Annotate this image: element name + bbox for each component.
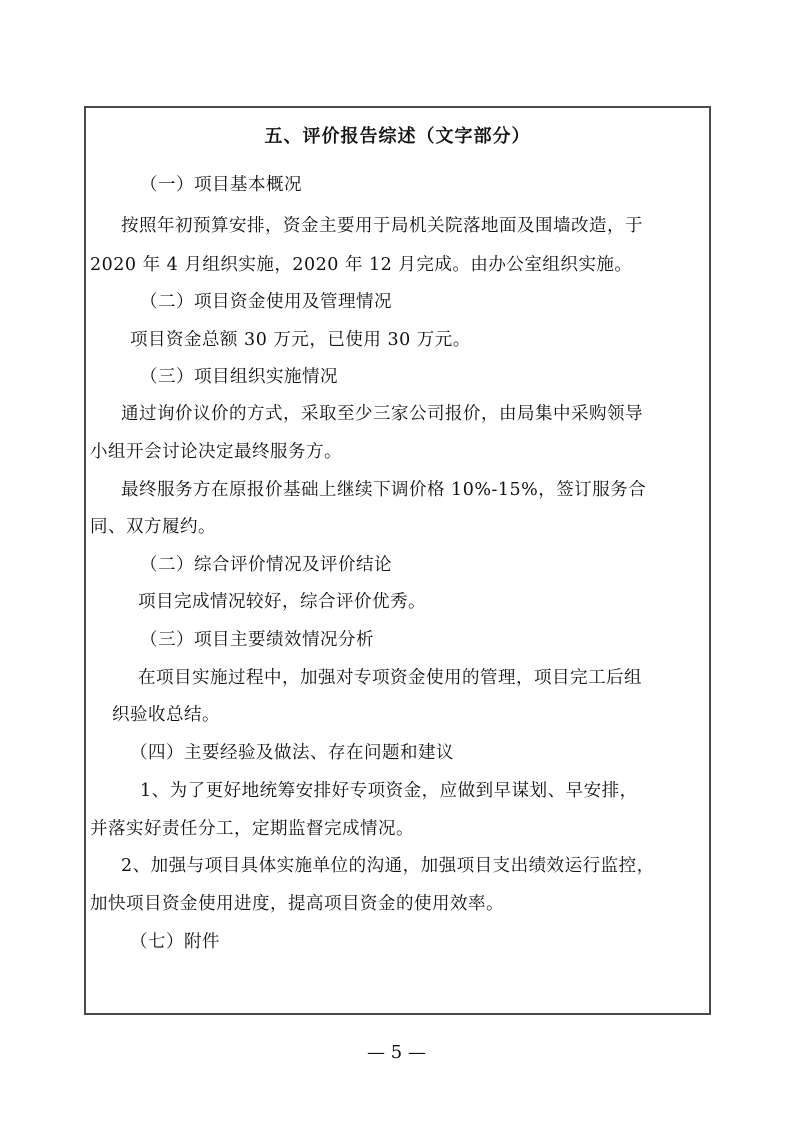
paragraph-line: 并落实好责任分工，定期监督完成情况。 [90,818,414,840]
section-heading: （一）项目基本概况 [140,174,302,196]
paragraph-line: 2020 年 4 月组织实施，2020 年 12 月完成。由办公室组织实施。 [90,254,632,276]
section-heading: （三）项目主要绩效情况分析 [140,629,374,651]
page-number: — 5 — [0,1042,793,1063]
section-heading: （二）项目资金使用及管理情况 [140,291,392,313]
paragraph-line: 2、加强与项目具体实施单位的沟通，加强项目支出绩效运行监控， [121,855,655,877]
paragraph-line: 织验收总结。 [112,704,220,726]
section-heading: （三）项目组织实施情况 [140,366,338,388]
paragraph-line: 加快项目资金使用进度，提高项目资金的使用效率。 [90,893,504,915]
paragraph-line: 在项目实施过程中，加强对专项资金使用的管理，项目完工后组 [138,667,642,689]
section-heading: （二）综合评价情况及评价结论 [140,554,392,576]
paragraph-line: 按照年初预算安排，资金主要用于局机关院落地面及围墙改造，于 [121,215,643,237]
section-heading: （四）主要经验及做法、存在问题和建议 [130,742,454,764]
section-title: 五、评价报告综述（文字部分） [86,122,709,148]
paragraph-line: 1、为了更好地统筹安排好专项资金，应做到早谋划、早安排， [140,780,638,802]
section-heading: （七）附件 [130,931,220,953]
paragraph-line: 通过询价议价的方式，采取至少三家公司报价，由局集中采购领导 [121,403,643,425]
paragraph-line: 同、双方履约。 [90,516,216,538]
paragraph-line: 项目资金总额 30 万元，已使用 30 万元。 [130,329,471,351]
paragraph-line: 项目完成情况较好，综合评价优秀。 [138,591,426,613]
paragraph-line: 最终服务方在原报价基础上继续下调价格 10%-15%，签订服务合 [121,479,646,501]
paragraph-line: 小组开会讨论决定最终服务方。 [90,441,342,463]
